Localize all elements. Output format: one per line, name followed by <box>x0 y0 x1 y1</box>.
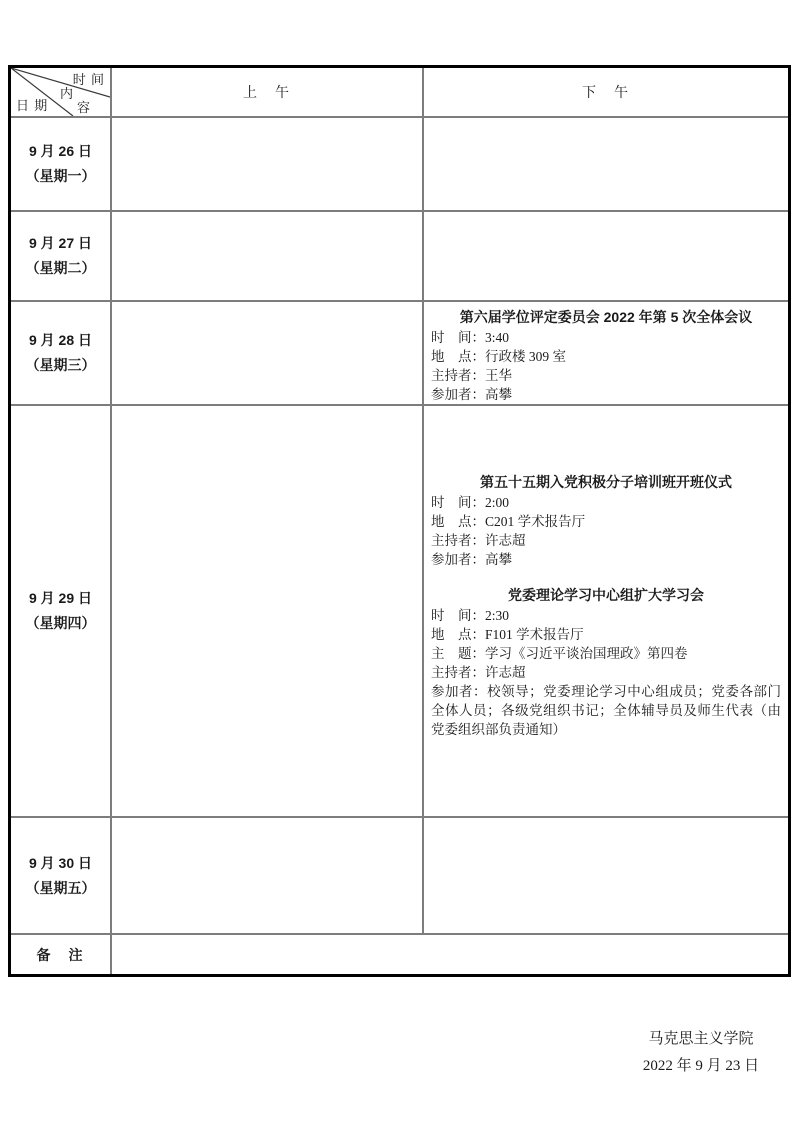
event-host-line: 主持者：许志超 <box>431 663 781 682</box>
corner-date-label: 日 期 <box>16 95 48 114</box>
event-title: 第五十五期入党积极分子培训班开班仪式 <box>431 472 781 492</box>
morning-cell-0929 <box>112 406 424 818</box>
date-text: 9 月 28 日 <box>29 328 92 353</box>
event-host-line: 主持者：王华 <box>431 366 781 385</box>
event-title: 党委理论学习中心组扩大学习会 <box>431 585 781 605</box>
event-attendee-line: 参加者：高攀 <box>431 550 781 569</box>
remarks-label-cell: 备 注 <box>11 935 112 974</box>
weekday-text: （星期四） <box>26 611 96 636</box>
date-text: 9 月 26 日 <box>29 139 92 164</box>
event-degree-committee-meeting: 第六届学位评定委员会 2022 年第 5 次全体会议 时 间：3:40 地 点：… <box>431 307 781 404</box>
date-text: 9 月 29 日 <box>29 586 92 611</box>
date-text: 9 月 27 日 <box>29 231 92 256</box>
corner-time-label: 时 间 <box>73 69 105 88</box>
event-attendee-line: 参加者：高攀 <box>431 385 781 404</box>
document-footer: 马克思主义学院 2022 年 9 月 23 日 <box>626 1026 776 1080</box>
date-cell-0927: 9 月 27 日 （星期二） <box>11 212 112 302</box>
corner-content-label-1: 内 <box>60 83 74 102</box>
event-place-line: 地 点：C201 学术报告厅 <box>431 512 781 531</box>
afternoon-cell-0927 <box>424 212 788 302</box>
afternoon-cell-0929: 第五十五期入党积极分子培训班开班仪式 时 间：2:00 地 点：C201 学术报… <box>424 406 788 818</box>
date-cell-0930: 9 月 30 日 （星期五） <box>11 818 112 935</box>
column-header-afternoon: 下 午 <box>424 68 788 118</box>
afternoon-cell-0926 <box>424 118 788 212</box>
morning-cell-0927 <box>112 212 424 302</box>
date-text: 9 月 30 日 <box>29 851 92 876</box>
event-host-line: 主持者：许志超 <box>431 531 781 550</box>
weekday-text: （星期二） <box>26 256 96 281</box>
event-topic-line: 主 题：学习《习近平谈治国理政》第四卷 <box>431 644 781 663</box>
event-party-training-opening: 第五十五期入党积极分子培训班开班仪式 时 间：2:00 地 点：C201 学术报… <box>431 472 781 569</box>
weekday-text: （星期五） <box>26 876 96 901</box>
event-time-line: 时 间：2:00 <box>431 493 781 512</box>
document-page: 时 间 内 容 日 期 上 午 下 午 9 月 26 日 （星期一） 9 月 2… <box>0 0 799 1131</box>
schedule-table: 时 间 内 容 日 期 上 午 下 午 9 月 26 日 （星期一） 9 月 2… <box>8 65 791 977</box>
event-theory-study-session: 党委理论学习中心组扩大学习会 时 间：2:30 地 点：F101 学术报告厅 主… <box>431 585 781 739</box>
morning-cell-0928 <box>112 302 424 406</box>
event-title: 第六届学位评定委员会 2022 年第 5 次全体会议 <box>431 307 781 327</box>
morning-cell-0926 <box>112 118 424 212</box>
date-cell-0926: 9 月 26 日 （星期一） <box>11 118 112 212</box>
afternoon-cell-0930 <box>424 818 788 935</box>
event-time-line: 时 间：2:30 <box>431 606 781 625</box>
corner-content-label-2: 容 <box>77 97 91 116</box>
corner-header-cell: 时 间 内 容 日 期 <box>11 68 112 118</box>
morning-cell-0930 <box>112 818 424 935</box>
event-attendee-line: 参加者：校领导；党委理论学习中心组成员；党委各部门全体人员；各级党组织书记；全体… <box>431 682 781 739</box>
date-cell-0928: 9 月 28 日 （星期三） <box>11 302 112 406</box>
remarks-body-cell <box>112 935 788 974</box>
event-place-line: 地 点：F101 学术报告厅 <box>431 625 781 644</box>
event-time-line: 时 间：3:40 <box>431 328 781 347</box>
event-place-line: 地 点：行政楼 309 室 <box>431 347 781 366</box>
column-header-morning: 上 午 <box>112 68 424 118</box>
weekday-text: （星期三） <box>26 353 96 378</box>
weekday-text: （星期一） <box>26 164 96 189</box>
date-cell-0929: 9 月 29 日 （星期四） <box>11 406 112 818</box>
footer-organization: 马克思主义学院 <box>626 1026 776 1053</box>
footer-date: 2022 年 9 月 23 日 <box>626 1053 776 1080</box>
afternoon-cell-0928: 第六届学位评定委员会 2022 年第 5 次全体会议 时 间：3:40 地 点：… <box>424 302 788 406</box>
